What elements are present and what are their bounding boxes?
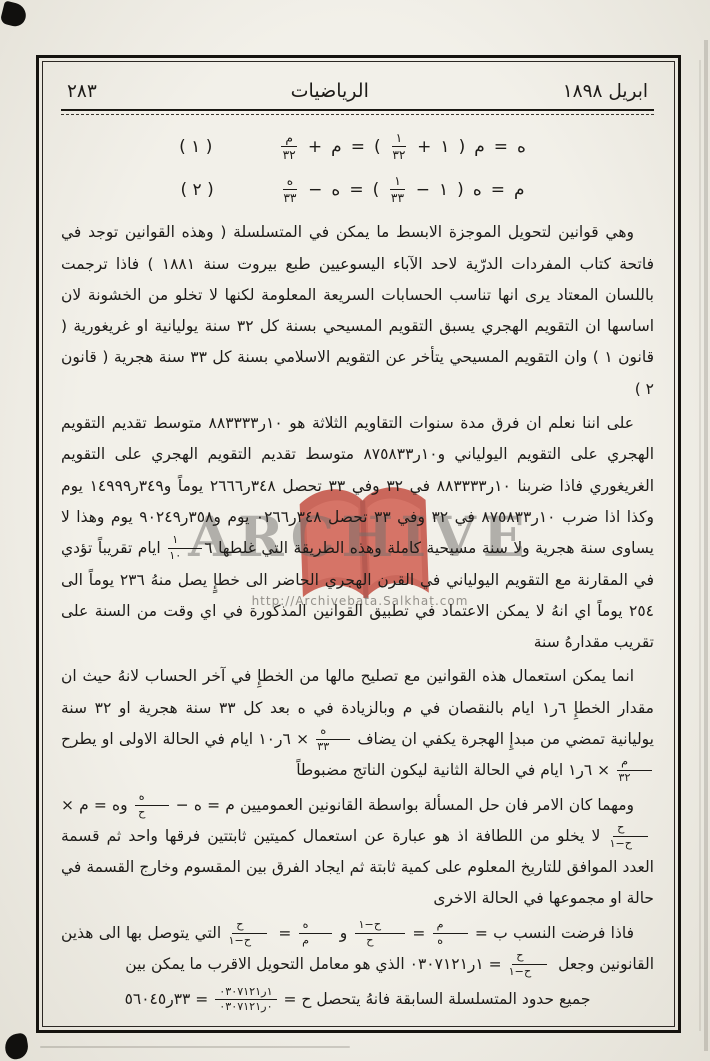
paragraph-4: ومهما كان الامر فان حل المسألة بواسطة ال… [61,790,654,915]
page-header: ابريل ١٨٩٨ الرياضيات ٢٨٣ [61,78,654,102]
fraction: حح−١ [609,822,652,851]
fraction-numerator: ه [316,725,350,740]
equation-token: ) [373,180,380,200]
fraction-numerator: ح [232,919,267,934]
fraction-numerator: ه [283,174,297,190]
fraction-denominator: ح−١ [509,965,552,979]
fraction-denominator: ١٠ [169,549,201,563]
equation-token: − [308,180,322,200]
paragraph-2: على اننا نعلم ان فرق مدة سنوات التقاويم … [61,408,654,658]
equation-token: = [349,180,363,200]
scan-artifact-top-left [0,0,28,28]
equation-token: = [494,137,508,157]
equation-token: + [417,137,431,157]
paragraph-3: انما يمكن استعمال هذه القوانين مع تصليح … [61,661,654,786]
header-rule-dashed [61,114,654,115]
fraction: ١١٠ [168,534,202,563]
fraction: ١٣٢ [392,131,407,162]
fraction: م٣٢ [281,131,297,162]
fraction-numerator: م [281,131,297,147]
fraction: هح [135,791,169,820]
fraction-denominator: م [302,934,329,948]
fraction: ه٣٣ [316,725,350,754]
equation-token: ه [517,137,526,157]
fraction: ه٣٣ [283,174,297,205]
journal-date: ابريل ١٨٩٨ [563,81,648,102]
equation-token: م [331,137,342,157]
equation-token: ) [374,137,381,157]
scanned-journal-page: { "page": { "header": { "date": "ابريل ١… [0,0,710,1061]
equation-token: ١ [440,137,449,157]
paragraph-6: جميع حدود المتسلسلة السابقة فانهُ يتحصل … [61,984,654,1015]
equation-token: ه [331,180,340,200]
equation-token: م [514,180,525,200]
page-frame-inner: ابريل ١٨٩٨ الرياضيات ٢٨٣ ه=م(١+١٣٢)=م+م٣… [42,61,675,1027]
fraction-denominator: ح [366,934,393,948]
fraction-numerator: م [433,919,468,934]
equation-token: ه [473,180,482,200]
fraction-numerator: ح−١ [355,919,406,934]
equation-token: − [416,180,430,200]
equation-token: ( [457,180,464,200]
equations-block: ه=م(١+١٣٢)=م+م٣٢( ١ )م=ه(١−١٣٣)=ه−ه٣٣( ٢… [61,131,644,205]
scan-edge-right-faint [699,60,701,1031]
scan-edge-right [704,40,708,1051]
fraction-denominator: ٣٣ [391,190,404,205]
fraction-denominator: ٣٣ [283,190,296,205]
fraction-denominator: ٠ر٠٣٠٧١٢١ [219,1000,272,1014]
fraction-numerator: ح [512,950,547,965]
fraction-numerator: ح [613,822,648,837]
equation-number: ( ٢ ) [180,180,213,200]
fraction: ١٣٣ [390,174,405,205]
fraction-numerator: ه [135,791,169,806]
fraction-numerator: م [617,756,652,771]
equation-token: ١ [439,180,448,200]
fraction-numerator: ه [299,919,333,934]
fraction-denominator: ٣٢ [619,771,651,785]
fraction-denominator: ه [437,934,463,948]
equation-token: = [351,137,365,157]
paragraph-1: وهي قوانين لتحويل الموجزة الابسط ما يمكن… [61,217,654,405]
page-frame: ابريل ١٨٩٨ الرياضيات ٢٨٣ ه=م(١+١٣٢)=م+م٣… [36,55,681,1033]
equation-token: = [491,180,505,200]
fraction: حح−١ [509,950,552,979]
fraction: مه [433,919,468,948]
equation-2: م=ه(١−١٣٣)=ه−ه٣٣( ٢ ) [61,174,644,205]
fraction-numerator: ١ [390,174,405,190]
fraction-denominator: ح−١ [229,934,272,948]
equation-1: ه=م(١+١٣٢)=م+م٣٢( ١ ) [61,131,644,162]
equation-token: م [474,137,485,157]
page-number: ٢٨٣ [67,81,97,102]
fraction-denominator: ح−١ [609,837,652,851]
fraction-denominator: ح [138,806,165,820]
fraction: م٣٢ [617,756,652,785]
fraction-denominator: ٣٢ [392,147,405,162]
fraction-denominator: ٣٣ [317,740,349,754]
paragraph-5: فاذا فرضت النسب ب = مه = ح−١ح و هم = حح−… [61,918,654,981]
equation-number: ( ١ ) [179,137,212,157]
fraction-numerator: ١ [168,534,202,549]
fraction-denominator: ٣٢ [283,147,296,162]
fraction: ١ر٠٣٠٧١٢١٠ر٠٣٠٧١٢١ [215,986,276,1015]
fraction: هم [299,919,333,948]
fraction: حح−١ [229,919,272,948]
fraction-numerator: ١ر٠٣٠٧١٢١ [215,986,276,1001]
scan-smudge-bottom [40,1046,350,1048]
body-text: وهي قوانين لتحويل الموجزة الابسط ما يمكن… [61,217,654,1015]
fraction: ح−١ح [355,919,406,948]
section-title: الرياضيات [291,80,369,102]
header-rule [61,109,654,111]
fraction-numerator: ١ [392,131,407,147]
equation-token: ( [459,137,466,157]
scan-artifact-bottom-left [3,1032,30,1061]
equation-token: + [308,137,322,157]
